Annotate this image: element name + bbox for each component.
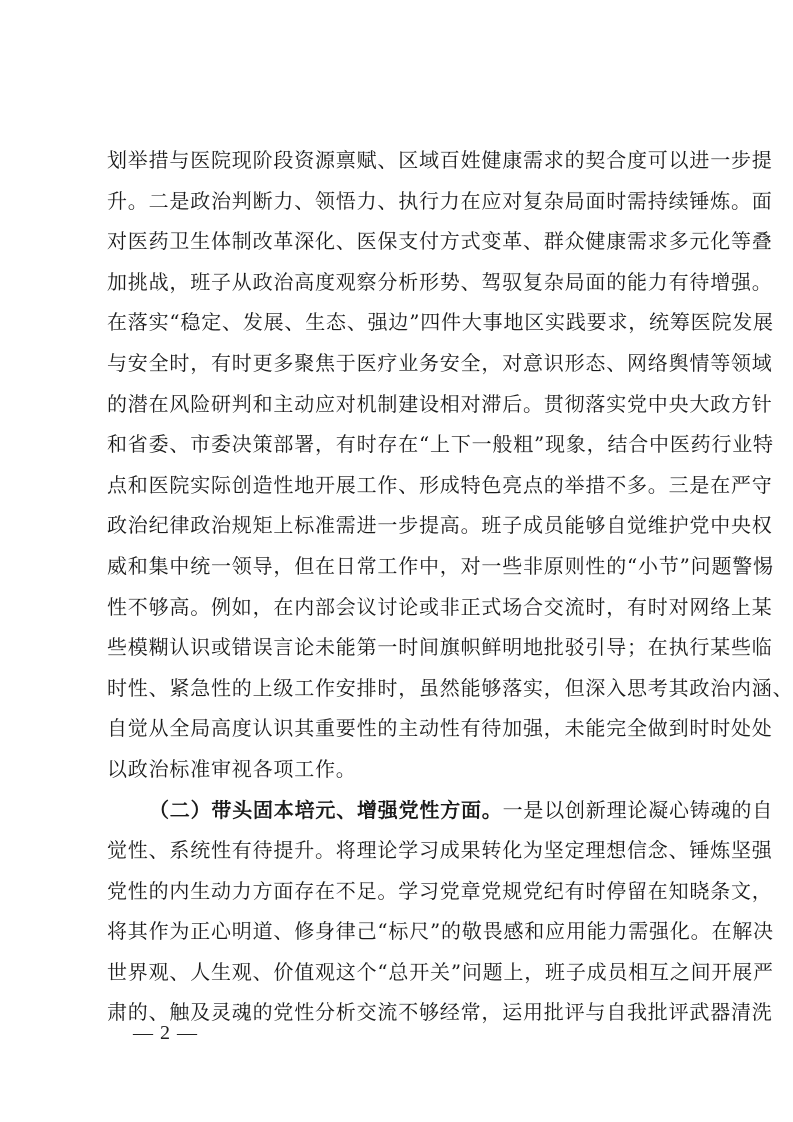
section-heading: （二）带头固本培元、增强党性方面。: [149, 798, 503, 822]
section-heading-line: （二）带头固本培元、增强党性方面。一是以创新理论凝心铸魂的自: [107, 790, 691, 831]
text-line: 在落实“稳定、发展、生态、强边”四件大事地区实践要求，统筹医院发展: [107, 302, 691, 343]
text-line: 时性、紧急性的上级工作安排时，虽然能够落实，但深入思考其政治内涵、: [107, 668, 691, 709]
text-line: 升。二是政治判断力、领悟力、执行力在应对复杂局面时需持续锤炼。面: [107, 181, 691, 222]
text-line: 政治纪律政治规矩上标准需进一步提高。班子成员能够自觉维护党中央权: [107, 505, 691, 546]
text-line: 觉性、系统性有待提升。将理论学习成果转化为坚定理想信念、锤炼坚强: [107, 830, 691, 871]
text-line: 和省委、市委决策部署，有时存在“上下一般粗”现象，结合中医药行业特: [107, 424, 691, 465]
text-line: 加挑战，班子从政治高度观察分析形势、驾驭复杂局面的能力有待增强。: [107, 262, 691, 303]
text-line: 的潜在风险研判和主动应对机制建设相对滞后。贯彻落实党中央大政方针: [107, 384, 691, 425]
document-body: 划举措与医院现阶段资源禀赋、区域百姓健康需求的契合度可以进一步提 升。二是政治判…: [107, 140, 691, 1033]
text-line: 些模糊认识或错误言论未能第一时间旗帜鲜明地批驳引导；在执行某些临: [107, 627, 691, 668]
text-line: 将其作为正心明道、修身律己“标尺”的敬畏感和应用能力需强化。在解决: [107, 911, 691, 952]
text-line: 党性的内生动力方面存在不足。学习党章党规党纪有时停留在知晓条文，: [107, 871, 691, 912]
text-line: 划举措与医院现阶段资源禀赋、区域百姓健康需求的契合度可以进一步提: [107, 140, 691, 181]
section-text: 一是以创新理论凝心铸魂的自: [503, 798, 773, 822]
text-line: 对医药卫生体制改革深化、医保支付方式变革、群众健康需求多元化等叠: [107, 221, 691, 262]
text-line: 性不够高。例如，在内部会议讨论或非正式场合交流时，有时对网络上某: [107, 587, 691, 628]
text-line: 以政治标准审视各项工作。: [107, 749, 691, 790]
text-line: 与安全时，有时更多聚焦于医疗业务安全，对意识形态、网络舆情等领域: [107, 343, 691, 384]
page-number: — 2 —: [133, 1022, 198, 1045]
document-page: 划举措与医院现阶段资源禀赋、区域百姓健康需求的契合度可以进一步提 升。二是政治判…: [0, 0, 793, 1122]
text-line: 自觉从全局高度认识其重要性的主动性有待加强，未能完全做到时时处处: [107, 708, 691, 749]
text-line: 点和医院实际创造性地开展工作、形成特色亮点的举措不多。三是在严守: [107, 465, 691, 506]
text-line: 世界观、人生观、价值观这个“总开关”问题上，班子成员相互之间开展严: [107, 952, 691, 993]
text-line: 威和集中统一领导，但在日常工作中，对一些非原则性的“小节”问题警惕: [107, 546, 691, 587]
